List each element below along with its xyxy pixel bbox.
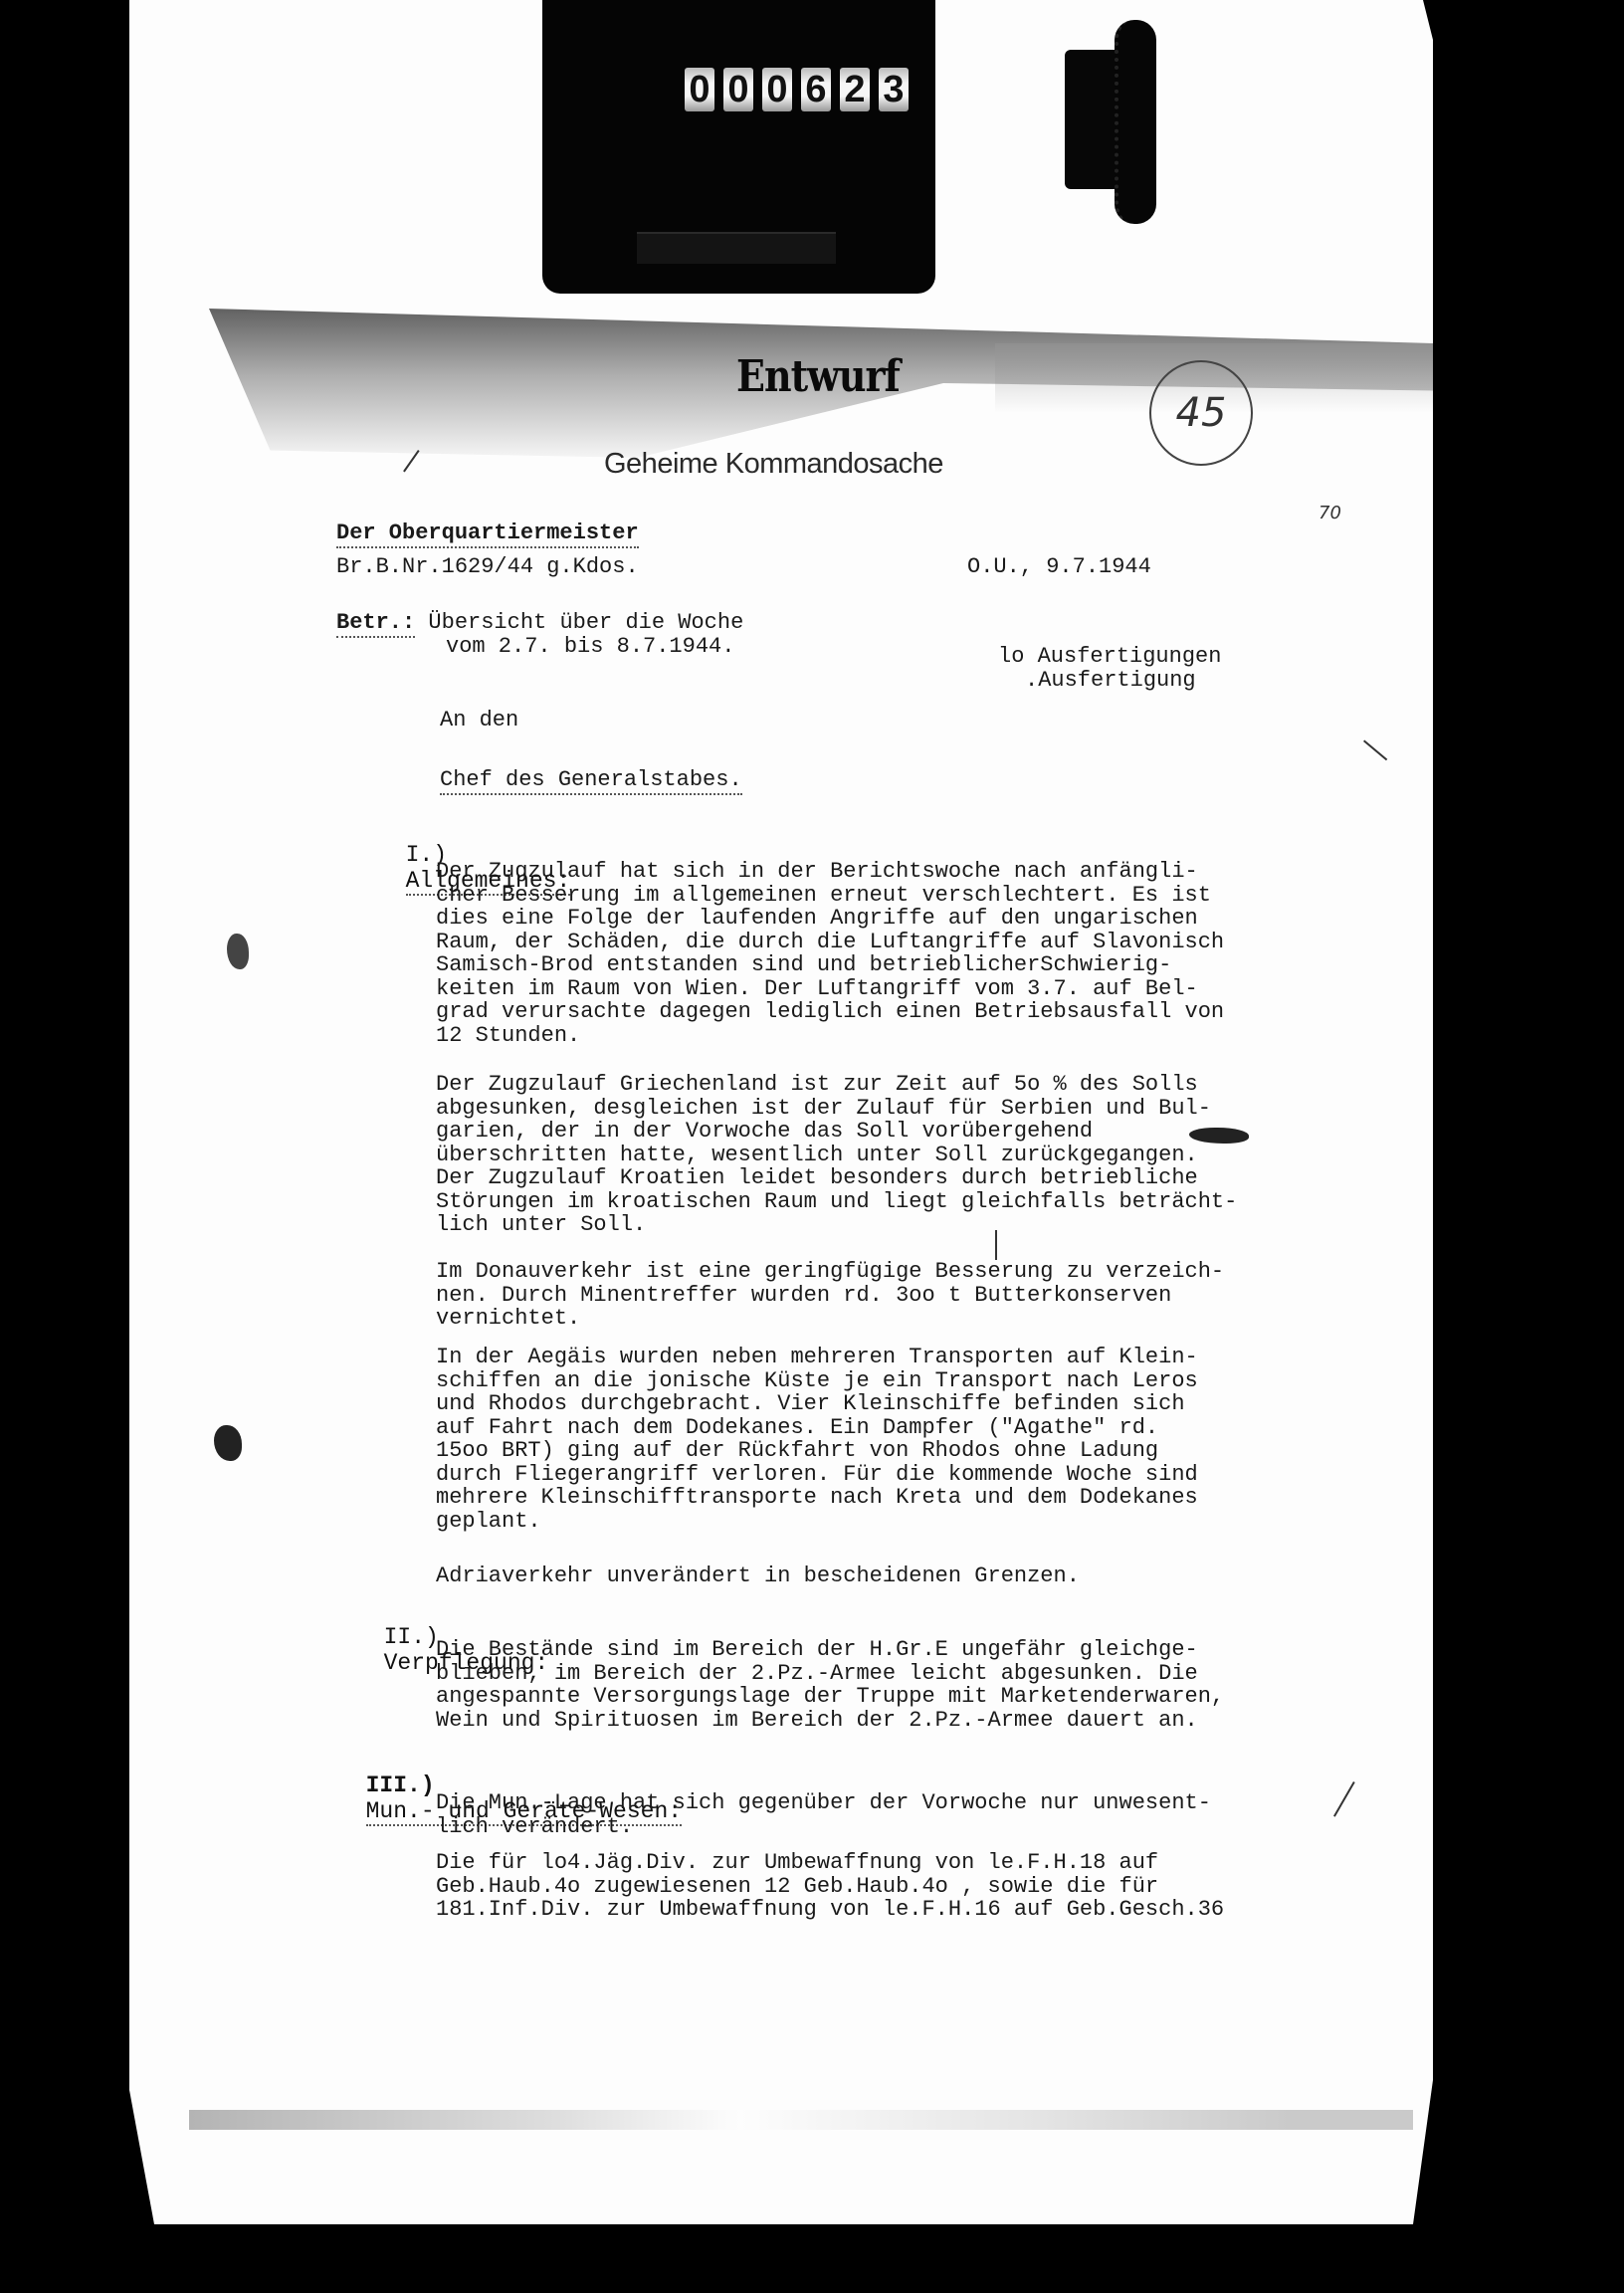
text-line: 181.Inf.Div. zur Umbewaffnung von le.F.H… <box>436 1898 1331 1922</box>
sender: Der Oberquartiermeister <box>336 521 639 545</box>
counter-slot <box>637 232 836 264</box>
text-line: In der Aegäis wurden neben mehreren Tran… <box>436 1346 1331 1369</box>
text-line: Raum, der Schäden, die durch die Luftang… <box>436 931 1331 954</box>
recipient-line-1: An den <box>440 709 518 732</box>
counter-digit: 2 <box>840 68 870 111</box>
text-line: mehrere Kleinschifftransporte nach Kreta… <box>436 1486 1331 1510</box>
text-line: vernichtet. <box>436 1307 1331 1331</box>
reference-number: Br.B.Nr.1629/44 g.Kdos. <box>336 555 639 579</box>
counter-thumbwheel <box>1115 20 1156 224</box>
text-line: Wein und Spirituosen im Bereich der 2.Pz… <box>436 1709 1331 1733</box>
paragraph: Der Zugzulauf Griechenland ist zur Zeit … <box>436 1073 1331 1237</box>
text-line: angespannte Versorgungslage der Truppe m… <box>436 1685 1331 1709</box>
margin-smudge <box>227 934 249 969</box>
text-line: keiten im Raum von Wien. Der Luftangriff… <box>436 977 1331 1001</box>
text-line: Der Zugzulauf Griechenland ist zur Zeit … <box>436 1073 1331 1097</box>
pencil-mark <box>995 1230 997 1260</box>
counter-digit: 6 <box>801 68 831 111</box>
section-number: II.) <box>384 1624 439 1650</box>
text-line: Der Zugzulauf Kroatien leidet besonders … <box>436 1166 1331 1190</box>
paragraph: Die Mun.-Lage hat sich gegenüber der Vor… <box>436 1791 1331 1838</box>
text-line: überschritten hatte, wesentlich unter So… <box>436 1144 1331 1167</box>
text-line: und Rhodos durchgebracht. Vier Kleinschi… <box>436 1392 1331 1416</box>
paragraph: Im Donauverkehr ist eine geringfügige Be… <box>436 1260 1331 1331</box>
text-line: 12 Stunden. <box>436 1024 1331 1048</box>
text-line: abgesunken, desgleichen ist der Zulauf f… <box>436 1097 1331 1121</box>
text-line: Die für lo4.Jäg.Div. zur Umbewaffnung vo… <box>436 1851 1331 1875</box>
paragraph: Die für lo4.Jäg.Div. zur Umbewaffnung vo… <box>436 1851 1331 1922</box>
text-line: Im Donauverkehr ist eine geringfügige Be… <box>436 1260 1331 1284</box>
subject: Betr.: Übersicht über die Woche <box>336 611 743 635</box>
section-number: III.) <box>366 1772 435 1798</box>
text-line: nen. Durch Minentreffer wurden rd. 3oo t… <box>436 1284 1331 1308</box>
text-line: cher Besserung im allgemeinen erneut ver… <box>436 884 1331 908</box>
text-line: durch Fliegerangriff verloren. Für die k… <box>436 1463 1331 1487</box>
text-line: Adriaverkehr unverändert in bescheidenen… <box>436 1564 1331 1588</box>
paragraph: Der Zugzulauf hat sich in der Berichtswo… <box>436 860 1331 1047</box>
text-line: Samisch-Brod entstanden sind und betrieb… <box>436 953 1331 977</box>
counter-digits: 0 0 0 6 2 3 <box>685 68 909 111</box>
folio-number: 45 <box>1149 360 1253 466</box>
text-line: Die Bestände sind im Bereich der H.Gr.E … <box>436 1638 1331 1662</box>
text-line: lich verändert. <box>436 1815 1331 1839</box>
text-line: Störungen im kroatischen Raum und liegt … <box>436 1190 1331 1214</box>
text-line: Die Mun.-Lage hat sich gegenüber der Vor… <box>436 1791 1331 1815</box>
bottom-fold-shadow <box>189 2110 1413 2130</box>
sender-text: Der Oberquartiermeister <box>336 521 639 548</box>
subject-line-1: Übersicht über die Woche <box>428 610 743 635</box>
place-date: O.U., 9.7.1944 <box>967 555 1151 579</box>
text-line: auf Fahrt nach dem Dodekanes. Ein Dampfe… <box>436 1416 1331 1440</box>
counter-digit: 0 <box>723 68 753 111</box>
counter-digit: 3 <box>879 68 909 111</box>
paragraph: In der Aegäis wurden neben mehreren Tran… <box>436 1346 1331 1533</box>
text-line: schiffen an die jonische Küste je ein Tr… <box>436 1369 1331 1393</box>
recipient-text: Chef des Generalstabes. <box>440 767 742 795</box>
text-line: Geb.Haub.4o zugewiesenen 12 Geb.Haub.4o … <box>436 1875 1331 1899</box>
recipient-line-2: Chef des Generalstabes. <box>440 768 742 792</box>
text-line: grad verursachte dagegen lediglich einen… <box>436 1000 1331 1024</box>
copies-line-1: lo Ausfertigungen <box>998 645 1221 669</box>
text-line: 15oo BRT) ging auf der Rückfahrt von Rho… <box>436 1439 1331 1463</box>
copies-line-2: .Ausfertigung <box>1025 669 1196 693</box>
counter-digit: 0 <box>762 68 792 111</box>
margin-note: 70 <box>1319 503 1341 523</box>
text-line: lich unter Soll. <box>436 1213 1331 1237</box>
counter-digit: 0 <box>685 68 714 111</box>
text-line: Der Zugzulauf hat sich in der Berichtswo… <box>436 860 1331 884</box>
paragraph: Adriaverkehr unverändert in bescheidenen… <box>436 1564 1331 1588</box>
draft-stamp: Entwurf <box>736 350 900 402</box>
subject-label: Betr.: <box>336 610 415 638</box>
counter-axle <box>1065 50 1119 189</box>
text-line: geplant. <box>436 1510 1331 1534</box>
text-line: blieben, im Bereich der 2.Pz.-Armee leic… <box>436 1662 1331 1686</box>
text-line: dies eine Folge der laufenden Angriffe a… <box>436 907 1331 931</box>
subject-line-2: vom 2.7. bis 8.7.1944. <box>446 635 734 659</box>
paragraph: Die Bestände sind im Bereich der H.Gr.E … <box>436 1638 1331 1732</box>
classification-stamp: Geheime Kommandosache <box>604 448 943 481</box>
